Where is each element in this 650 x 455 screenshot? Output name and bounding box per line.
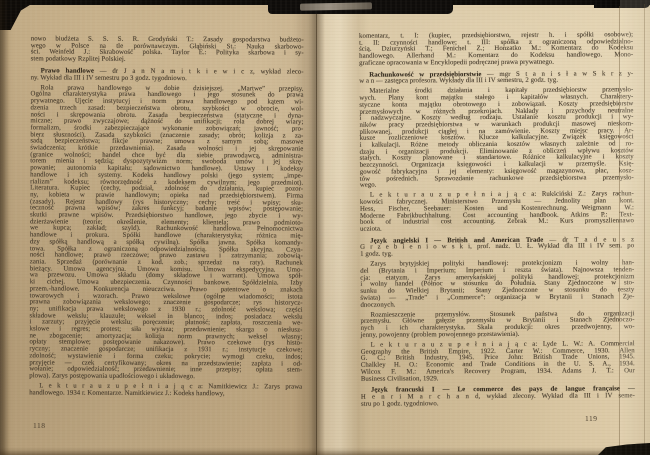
left-edge-shadow (0, 0, 9, 455)
text-line: ny. Wykład dla III i IV semestru po 3 go… (31, 75, 304, 83)
top-spine-shadow (268, 0, 453, 14)
text-line: wego. (360, 182, 634, 190)
course-heading-paragraph: Rachunkowość w przedsiębiorstwie — mgr S… (359, 71, 633, 86)
text-line: Business Civilisation, 1929. (361, 375, 635, 383)
bottom-edge-shadow (0, 447, 650, 455)
bottom-right-corner-shadow (598, 443, 650, 455)
text-line: 1 godz. tyg. (360, 250, 634, 258)
book-gutter-shadow (293, 0, 369, 455)
top-left-corner-shadow (0, 0, 38, 30)
book-gutter-crease (316, 0, 317, 455)
right-page-text: komentarz, t. I: (kupiec, przedsiębiorst… (359, 32, 635, 408)
text-line: book of industrial cost accounting. Zebr… (360, 219, 634, 227)
text-line: handlowego. 1934 r. Komentarze. Namitkie… (29, 390, 302, 398)
left-page-text: nowo biudżeta S. S. S. R. Grodyński T.: … (29, 36, 304, 398)
text-line: świata) — „Trade” i „Commerce”: organiza… (360, 294, 634, 302)
top-edge-shadow (0, 0, 650, 5)
text-paragraph: Rozmieszczenie przemysłów. Stosunek pańs… (360, 311, 634, 339)
text-paragraph: Materialne środki działania i kapitały p… (359, 88, 634, 190)
book-scan: nowo biudżeta S. S. S. R. Grodyński T.: … (0, 0, 650, 455)
text-line: graficzne opracowania w Encyklopedii pod… (359, 59, 633, 67)
text-paragraph: nowo biudżeta S. S. S. R. Grodyński T.: … (31, 36, 304, 64)
course-title-bold: Prawo handlowe (41, 67, 94, 74)
text-line: stem podatkowy Rzplitej Polskiej. (31, 57, 304, 65)
text-paragraph: komentarz, t. I: (kupiec, przedsiębiorst… (359, 32, 633, 67)
page-edge-line (644, 4, 645, 455)
text-line: stru po 1 godz. tygodniowo. (361, 400, 635, 408)
text-line: plowa). Zarys postępowania upadłościoweg… (29, 373, 302, 381)
spine-headband (300, 2, 372, 10)
text-paragraph: Rola prawa handlowego w dobie dzisiejsze… (29, 85, 303, 381)
top-right-edge-shadow (594, 0, 650, 8)
text-paragraph: Zarys brytyjskiej polityki handlowej: pr… (360, 261, 634, 309)
text-paragraph: L e k t u r a u z u p e ł n i a j ą c a:… (29, 384, 302, 399)
page-number-left: 118 (33, 421, 45, 430)
page-number-right: 119 (585, 414, 598, 423)
course-heading-paragraph: Prawo handlowe — dr J a n N a m i t k i … (31, 68, 304, 83)
text-line: w a n — zastępca profesora. Wykłady dla … (359, 78, 633, 86)
course-heading-paragraph: Język francuski I — Le commerce des pays… (361, 387, 635, 409)
text-paragraph: L e k t u r a u z u p e ł n i a j ą c a:… (361, 341, 635, 383)
text-line: jenny, powojenny (problem powojennego pr… (361, 331, 635, 339)
course-heading-paragraph: Język angielski I — British and American… (360, 237, 634, 259)
text-paragraph: L e k t u r a u z u p e ł n i a j ą c a:… (360, 192, 634, 234)
